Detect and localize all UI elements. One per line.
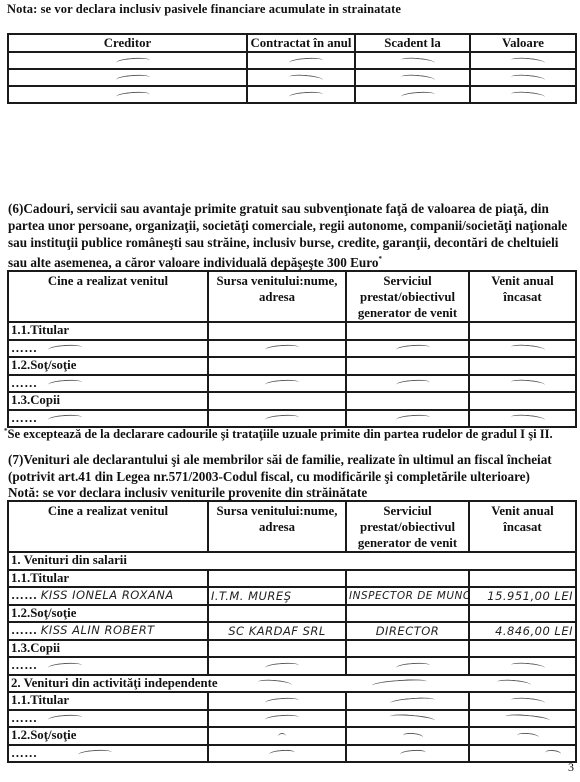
top-note: Nota: se vor declara inclusiv pasivele f… — [7, 2, 401, 17]
blank-stroke — [247, 69, 355, 86]
header-source: Sursa venitului:nume, adresa — [208, 501, 346, 552]
entry-cell: …… — [8, 657, 208, 675]
empty-cell — [469, 392, 576, 410]
blank-stroke — [208, 745, 346, 763]
blank-stroke — [470, 52, 576, 69]
header-scadent: Scadent la — [355, 34, 470, 52]
empty-cell — [346, 640, 469, 658]
category-independent-label: 2. Venituri din activităţi independente — [11, 676, 218, 690]
dots: …… — [11, 341, 38, 355]
footnote: *Se exceptează de la declarare cadourile… — [4, 427, 553, 442]
blank-stroke — [355, 52, 470, 69]
empty-cell — [208, 392, 346, 410]
header-valoare: Valoare — [470, 34, 576, 52]
blank-stroke — [346, 710, 469, 728]
table-row: …… — [8, 340, 576, 358]
debts-table: Creditor Contractat în anul Scadent la V… — [7, 33, 577, 104]
table-row: 1.1.Titular — [8, 570, 576, 588]
empty-cell — [469, 605, 576, 623]
dots: …… — [11, 746, 38, 760]
spouse-name: Kiss Alin Robert — [41, 623, 155, 637]
blank-stroke — [208, 375, 346, 393]
category-row: 1. Venituri din salarii — [8, 552, 576, 570]
empty-cell — [346, 570, 469, 588]
category-row: 2. Venituri din activităţi independente — [8, 675, 576, 693]
empty-cell — [469, 570, 576, 588]
empty-cell — [208, 357, 346, 375]
table-row: 1.1.Titular — [8, 692, 576, 710]
row-label-spouse: 1.2.Soţ/soţie — [8, 357, 208, 375]
blank-stroke — [469, 745, 576, 763]
blank-stroke — [470, 69, 576, 86]
entry-cell: …… — [8, 710, 208, 728]
row-label-titular-2: 1.1.Titular — [8, 692, 208, 710]
section6-text: (6)Cadouri, servicii sau avantaje primit… — [8, 200, 580, 271]
section7-line1: (7)Venituri ale declarantului şi ale mem… — [8, 451, 580, 468]
header-service: Serviciul prestat/obiectivul generator d… — [346, 271, 469, 322]
spouse-service: Director — [346, 622, 469, 640]
titular-service: Inspector de muncă — [346, 587, 469, 605]
titular-name: Kiss Ionela Roxana — [41, 588, 174, 602]
table-row: 1.3.Copii — [8, 640, 576, 658]
header-source: Sursa venitului:nume, adresa — [208, 271, 346, 322]
blank-stroke — [208, 727, 346, 745]
blank-stroke — [208, 710, 346, 728]
empty-cell — [346, 392, 469, 410]
empty-cell — [469, 640, 576, 658]
dots: …… — [11, 411, 38, 425]
dots: …… — [11, 711, 38, 725]
blank-stroke — [208, 657, 346, 675]
blank-stroke — [355, 86, 470, 103]
table-row: 1.2.Soţ/soţie — [8, 357, 576, 375]
empty-cell — [208, 570, 346, 588]
blank-stroke — [346, 375, 469, 393]
section7-note: Notă: se vor declara inclusiv veniturile… — [8, 484, 580, 501]
blank-stroke — [346, 745, 469, 763]
row-label-children: 1.3.Copii — [8, 392, 208, 410]
table-row: 1.1.Titular — [8, 322, 576, 340]
section6-body: (6)Cadouri, servicii sau avantaje primit… — [8, 201, 567, 270]
dots: …… — [11, 623, 38, 637]
blank-stroke — [346, 657, 469, 675]
dots: …… — [11, 588, 38, 602]
blank-stroke — [346, 410, 469, 428]
header-who: Cine a realizat venitul — [8, 271, 208, 322]
header-income: Venit anual încasat — [469, 501, 576, 552]
header-who: Cine a realizat venitul — [8, 501, 208, 552]
blank-stroke — [208, 692, 346, 710]
blank-stroke — [469, 692, 576, 710]
table-row — [8, 52, 576, 69]
section7-line2: (potrivit art.41 din Legea nr.571/2003-C… — [8, 468, 580, 485]
blank-stroke — [346, 727, 469, 745]
table-row — [8, 69, 576, 86]
header-service: Serviciul prestat/obiectivul generator d… — [346, 501, 469, 552]
asterisk-mark: * — [378, 255, 382, 263]
titular-source: I.T.M. Mureş — [208, 587, 346, 605]
table-row: 1.3.Copii — [8, 392, 576, 410]
empty-cell — [208, 322, 346, 340]
table-row: …… Kiss Alin Robert SC Kardaf SRL Direct… — [8, 622, 576, 640]
empty-cell — [346, 322, 469, 340]
row-label-spouse-2: 1.2.Soţ/soţie — [8, 727, 208, 745]
entry-cell: …… — [8, 375, 208, 393]
table-row: …… — [8, 410, 576, 428]
blank-stroke — [8, 69, 247, 86]
blank-stroke — [470, 86, 576, 103]
blank-stroke — [247, 52, 355, 69]
empty-cell — [346, 357, 469, 375]
entry-cell: …… Kiss Alin Robert — [8, 622, 208, 640]
titular-income: 15.951,00 lei — [469, 587, 576, 605]
entry-cell: …… — [8, 745, 208, 763]
spouse-income: 4.846,00 lei — [469, 622, 576, 640]
row-label-spouse: 1.2.Soţ/soţie — [8, 605, 208, 623]
table-row: 1.2.Soţ/soţie — [8, 605, 576, 623]
blank-stroke — [346, 340, 469, 358]
empty-cell — [469, 322, 576, 340]
category-independent: 2. Venituri din activităţi independente — [8, 675, 576, 693]
blank-stroke — [247, 86, 355, 103]
blank-stroke — [208, 410, 346, 428]
blank-stroke — [469, 727, 576, 745]
empty-cell — [208, 605, 346, 623]
empty-cell — [469, 357, 576, 375]
table-row: …… — [8, 710, 576, 728]
blank-stroke — [355, 69, 470, 86]
header-contractat: Contractat în anul — [247, 34, 355, 52]
row-label-titular: 1.1.Titular — [8, 570, 208, 588]
page-number: 3 — [568, 760, 574, 775]
entry-cell: …… Kiss Ionela Roxana — [8, 587, 208, 605]
table-row: …… Kiss Ionela Roxana I.T.M. Mureş Inspe… — [8, 587, 576, 605]
blank-stroke — [8, 86, 247, 103]
entry-cell: …… — [8, 410, 208, 428]
blank-stroke — [469, 340, 576, 358]
blank-stroke — [8, 52, 247, 69]
table-row — [8, 86, 576, 103]
dots: …… — [11, 376, 38, 390]
blank-stroke — [208, 340, 346, 358]
blank-stroke — [469, 375, 576, 393]
table-row: 1.2.Soţ/soţie — [8, 727, 576, 745]
footnote-text: Se exceptează de la declarare cadourile … — [8, 427, 553, 441]
blank-stroke — [469, 710, 576, 728]
row-label-titular: 1.1.Titular — [8, 322, 208, 340]
gifts-table: Cine a realizat venitul Sursa venitului:… — [7, 270, 577, 428]
spouse-source: SC Kardaf SRL — [208, 622, 346, 640]
row-label-children: 1.3.Copii — [8, 640, 208, 658]
blank-stroke — [346, 692, 469, 710]
header-income: Venit anual încasat — [469, 271, 576, 322]
blank-stroke — [469, 410, 576, 428]
dots: …… — [11, 658, 38, 672]
category-salaries: 1. Venituri din salarii — [8, 552, 576, 570]
table-row: …… — [8, 745, 576, 763]
table-row: …… — [8, 657, 576, 675]
entry-cell: …… — [8, 340, 208, 358]
income-table: Cine a realizat venitul Sursa venitului:… — [7, 500, 577, 763]
empty-cell — [208, 640, 346, 658]
empty-cell — [346, 605, 469, 623]
blank-stroke — [469, 657, 576, 675]
table-row: …… — [8, 375, 576, 393]
header-creditor: Creditor — [8, 34, 247, 52]
